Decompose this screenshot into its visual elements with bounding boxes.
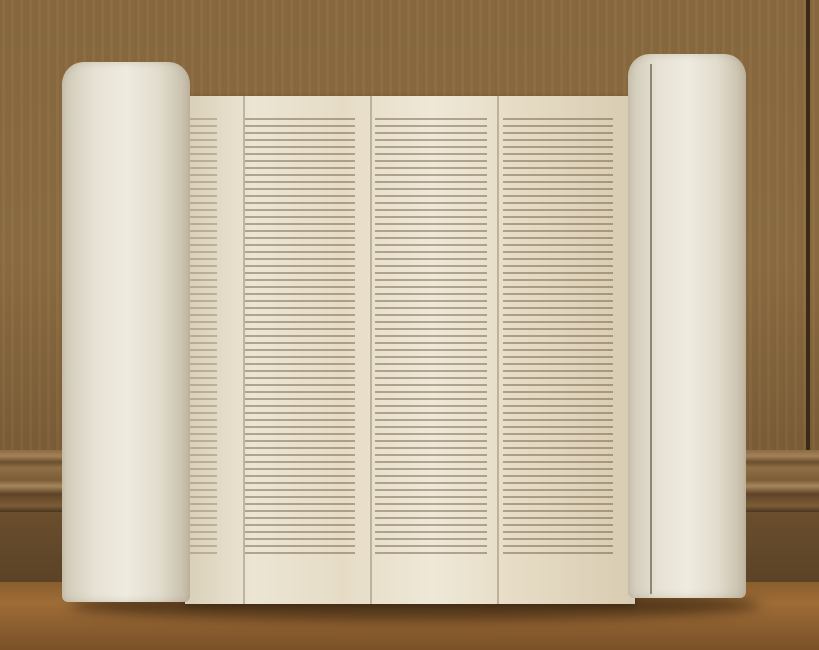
wood-paneled-wall (0, 0, 819, 650)
right-scroll-roller (628, 54, 746, 598)
left-scroll-roller (62, 62, 190, 602)
sheet-seam (243, 96, 245, 604)
text-column (375, 118, 487, 558)
sheet-seam (497, 96, 499, 604)
sheet-seam (370, 96, 372, 604)
parchment-sheet (185, 96, 635, 604)
text-column (187, 118, 217, 558)
text-column (503, 118, 613, 558)
roller-seam (650, 64, 652, 594)
text-column (245, 118, 355, 558)
